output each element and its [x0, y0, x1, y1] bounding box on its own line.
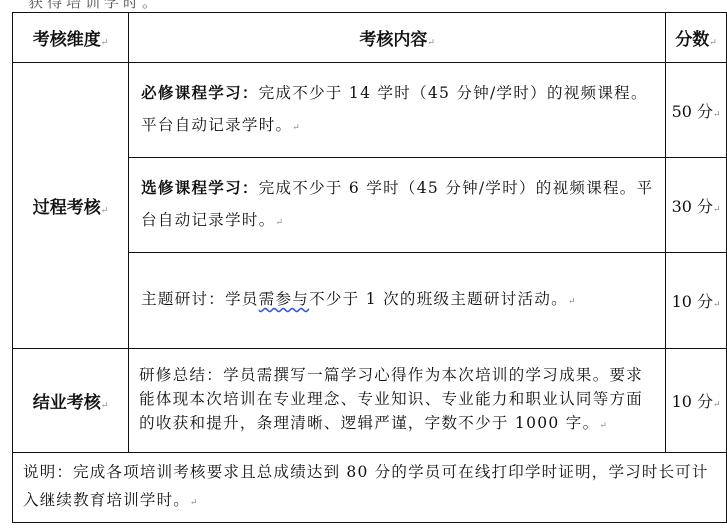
content-text: 不少于 1 次的班级主题研讨活动。	[309, 290, 568, 308]
table-row: 过程考核↵ 必修课程学习：完成不少于 14 学时（45 分钟/学时）的视频课程。…	[13, 63, 727, 158]
header-row: 考核维度↵ 考核内容↵ 分数↵	[13, 13, 727, 63]
dimension-completion: 结业考核↵	[13, 349, 129, 453]
paragraph-mark-icon: ↵	[713, 400, 721, 410]
note-row: 说明：完成各项培训考核要求且总成绩达到 80 分的学员可在线打印学时证明，学习时…	[13, 453, 727, 523]
score-cell: 30 分↵	[666, 158, 727, 253]
score-value: 50 分	[672, 102, 713, 121]
paragraph-mark-icon: ↵	[190, 498, 199, 508]
header-dimension: 考核维度↵	[13, 13, 129, 63]
dimension-label: 过程考核	[33, 198, 101, 218]
paragraph-mark-icon: ↵	[101, 206, 109, 216]
content-study-summary: 研修总结：学员需撰写一篇学习心得作为本次培训的学习成果。要求能体现本次培训在专业…	[129, 349, 666, 453]
score-cell: 50 分↵	[666, 63, 727, 158]
content-text: 主题研讨：学员	[141, 290, 259, 308]
content-text: 研修总结：学员需撰写一篇学习心得作为本次培训的学习成果。要求能体现本次培训在专业…	[139, 366, 643, 432]
paragraph-mark-icon: ↵	[427, 38, 435, 48]
dimension-label: 结业考核	[33, 393, 101, 413]
header-content: 考核内容↵	[129, 13, 666, 63]
table-row: 结业考核↵ 研修总结：学员需撰写一篇学习心得作为本次培训的学习成果。要求能体现本…	[13, 349, 727, 453]
paragraph-mark-icon: ↵	[599, 421, 608, 431]
header-score-label: 分数	[675, 30, 709, 50]
cut-off-top-text: 获得培训学时。	[28, 0, 161, 12]
paragraph-mark-icon: ↵	[709, 38, 717, 48]
score-cell: 10 分↵	[666, 349, 727, 453]
score-value: 10 分	[672, 392, 713, 411]
paragraph-mark-icon: ↵	[276, 218, 285, 228]
paragraph-mark-icon: ↵	[568, 297, 577, 307]
paragraph-mark-icon: ↵	[101, 401, 109, 411]
content-title: 必修课程学习：	[141, 83, 259, 102]
paragraph-mark-icon: ↵	[292, 123, 301, 133]
content-topic-discussion: 主题研讨：学员需参与不少于 1 次的班级主题研讨活动。↵	[129, 253, 666, 349]
content-elective-courses: 选修课程学习：完成不少于 6 学时（45 分钟/学时）的视频课程。平台自动记录学…	[129, 158, 666, 253]
content-title: 选修课程学习：	[141, 178, 259, 197]
header-dimension-label: 考核维度	[33, 30, 101, 50]
paragraph-mark-icon: ↵	[713, 205, 721, 215]
score-value: 30 分	[672, 197, 713, 216]
assessment-table: 考核维度↵ 考核内容↵ 分数↵ 过程考核↵ 必修课程学习：完成不少于 14 学时…	[12, 12, 727, 523]
note-text: 说明：完成各项培训考核要求且总成绩达到 80 分的学员可在线打印学时证明，学习时…	[23, 463, 709, 509]
header-content-label: 考核内容	[359, 30, 427, 50]
dimension-process: 过程考核↵	[13, 63, 129, 349]
content-required-courses: 必修课程学习：完成不少于 14 学时（45 分钟/学时）的视频课程。平台自动记录…	[129, 63, 666, 158]
note-cell: 说明：完成各项培训考核要求且总成绩达到 80 分的学员可在线打印学时证明，学习时…	[13, 453, 727, 523]
score-value: 10 分	[672, 292, 713, 311]
paragraph-mark-icon: ↵	[713, 300, 721, 310]
paragraph-mark-icon: ↵	[713, 110, 721, 120]
spellcheck-underlined-text: 需参与	[259, 290, 309, 308]
paragraph-mark-icon: ↵	[101, 38, 109, 48]
header-score: 分数↵	[666, 13, 727, 63]
score-cell: 10 分↵	[666, 253, 727, 349]
